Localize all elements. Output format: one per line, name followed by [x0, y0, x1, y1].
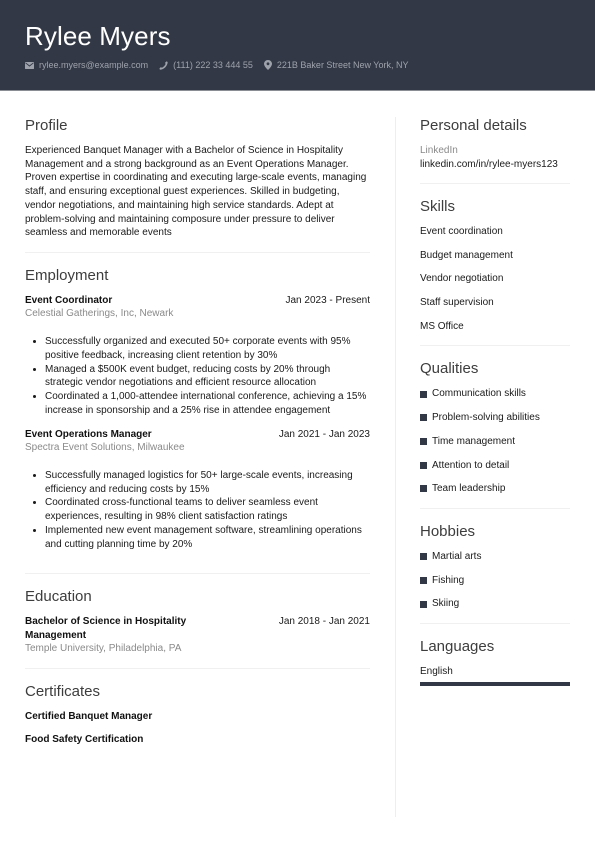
quality-label: Team leadership — [432, 482, 505, 496]
address-text: 221B Baker Street New York, NY — [277, 60, 409, 70]
school-name: Temple University, Philadelphia, PA — [25, 642, 370, 656]
hobby-item: Skiing — [420, 597, 570, 611]
list-item: Managed a $500K event budget, reducing c… — [45, 363, 370, 391]
square-bullet-icon — [420, 414, 427, 421]
section-title: Languages — [420, 638, 570, 655]
linkedin-link[interactable]: linkedin.com/in/rylee-myers123 — [420, 158, 570, 172]
skill-item: Staff supervision — [420, 296, 570, 310]
contact-address: 221B Baker Street New York, NY — [264, 60, 409, 70]
sidebar-column: Personal details LinkedIn linkedin.com/i… — [420, 117, 570, 712]
contact-email[interactable]: rylee.myers@example.com — [25, 60, 148, 70]
list-item: Successfully managed logistics for 50+ l… — [45, 469, 370, 497]
language-name: English — [420, 665, 570, 679]
section-title: Skills — [420, 198, 570, 215]
section-title: Qualities — [420, 360, 570, 377]
contact-row: rylee.myers@example.com (111) 222 33 444… — [25, 60, 419, 70]
education-section: Education Bachelor of Science in Hospita… — [25, 588, 370, 669]
skill-item: MS Office — [420, 320, 570, 334]
certificates-section: Certificates Certified Banquet Manager F… — [25, 683, 370, 769]
square-bullet-icon — [420, 485, 427, 492]
square-bullet-icon — [420, 391, 427, 398]
resume-header: Rylee Myers rylee.myers@example.com (111… — [0, 0, 595, 91]
list-item: Coordinated a 1,000-attendee internation… — [45, 390, 370, 418]
square-bullet-icon — [420, 577, 427, 584]
job-bullets: Successfully managed logistics for 50+ l… — [25, 469, 370, 552]
skill-item: Budget management — [420, 249, 570, 263]
job-entry: Event Operations Manager Jan 2021 - Jan … — [25, 428, 370, 552]
square-bullet-icon — [420, 462, 427, 469]
square-bullet-icon — [420, 438, 427, 445]
quality-item: Communication skills — [420, 387, 570, 401]
envelope-icon — [25, 62, 34, 69]
skill-item: Event coordination — [420, 225, 570, 239]
job-organization: Celestial Gatherings, Inc, Newark — [25, 307, 370, 321]
email-text: rylee.myers@example.com — [39, 60, 148, 70]
hobby-label: Skiing — [432, 597, 459, 611]
hobby-item: Fishing — [420, 574, 570, 588]
main-column: Profile Experienced Banquet Manager with… — [25, 117, 370, 783]
hobby-item: Martial arts — [420, 550, 570, 564]
languages-section: Languages English — [420, 638, 570, 699]
job-title: Event Coordinator — [25, 294, 112, 308]
job-title: Event Operations Manager — [25, 428, 152, 442]
quality-label: Problem-solving abilities — [432, 411, 540, 425]
skill-item: Vendor negotiation — [420, 272, 570, 286]
quality-item: Problem-solving abilities — [420, 411, 570, 425]
education-dates: Jan 2018 - Jan 2021 — [279, 615, 370, 629]
column-divider — [395, 117, 396, 817]
section-title: Hobbies — [420, 523, 570, 540]
phone-icon — [159, 61, 168, 70]
list-item: Implemented new event management softwar… — [45, 524, 370, 552]
certificate-item: Certified Banquet Manager — [25, 710, 370, 724]
qualities-section: Qualities Communication skills Problem-s… — [420, 360, 570, 508]
hobby-label: Fishing — [432, 574, 464, 588]
employment-section: Employment Event Coordinator Jan 2023 - … — [25, 267, 370, 575]
section-title: Employment — [25, 267, 370, 284]
degree-title: Bachelor of Science in Hospitality Manag… — [25, 615, 225, 642]
personal-details-section: Personal details LinkedIn linkedin.com/i… — [420, 117, 570, 184]
quality-item: Team leadership — [420, 482, 570, 496]
profile-section: Profile Experienced Banquet Manager with… — [25, 117, 370, 253]
candidate-name: Rylee Myers — [25, 21, 171, 52]
hobby-label: Martial arts — [432, 550, 481, 564]
certificate-item: Food Safety Certification — [25, 733, 370, 747]
list-item: Successfully organized and executed 50+ … — [45, 335, 370, 363]
profile-summary: Experienced Banquet Manager with a Bache… — [25, 144, 370, 240]
job-bullets: Successfully organized and executed 50+ … — [25, 335, 370, 418]
map-pin-icon — [264, 60, 272, 70]
hobbies-section: Hobbies Martial arts Fishing Skiing — [420, 523, 570, 624]
job-organization: Spectra Event Solutions, Milwaukee — [25, 441, 370, 455]
list-item: Coordinated cross-functional teams to de… — [45, 496, 370, 524]
section-title: Certificates — [25, 683, 370, 700]
section-title: Education — [25, 588, 370, 605]
quality-label: Communication skills — [432, 387, 526, 401]
job-entry: Event Coordinator Jan 2023 - Present Cel… — [25, 294, 370, 418]
language-level-fill — [420, 682, 570, 686]
job-dates: Jan 2023 - Present — [286, 294, 371, 308]
phone-text: (111) 222 33 444 55 — [173, 60, 253, 70]
quality-label: Attention to detail — [432, 459, 509, 473]
contact-phone[interactable]: (111) 222 33 444 55 — [159, 60, 253, 70]
quality-item: Attention to detail — [420, 459, 570, 473]
section-title: Profile — [25, 117, 370, 134]
square-bullet-icon — [420, 553, 427, 560]
section-title: Personal details — [420, 117, 570, 134]
skills-section: Skills Event coordination Budget managem… — [420, 198, 570, 346]
quality-item: Time management — [420, 435, 570, 449]
quality-label: Time management — [432, 435, 515, 449]
square-bullet-icon — [420, 601, 427, 608]
job-dates: Jan 2021 - Jan 2023 — [279, 428, 370, 442]
linkedin-label: LinkedIn — [420, 144, 570, 158]
language-level-bar — [420, 682, 570, 686]
